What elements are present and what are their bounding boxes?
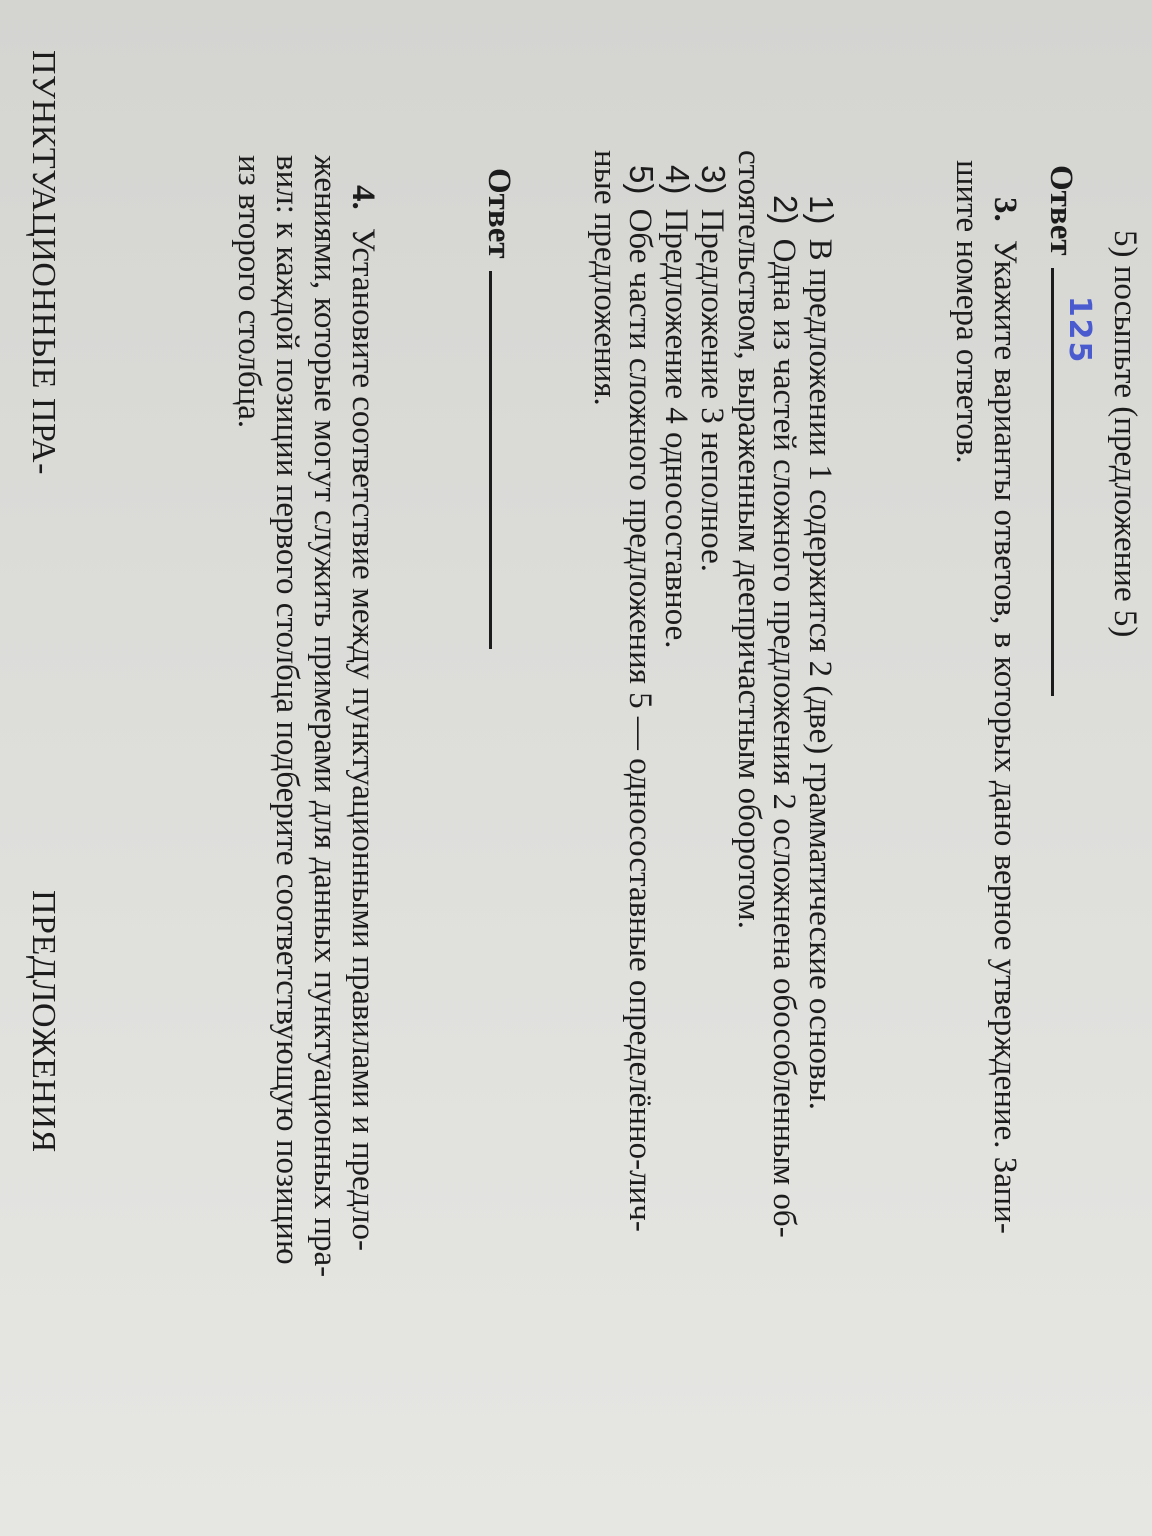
answer-field[interactable] <box>489 271 524 649</box>
task4-number: 4. <box>345 185 381 210</box>
option-text: Предложение 3 неполное. <box>694 209 730 572</box>
column-header-text: ПРЕДЛОЖЕНИЯ <box>25 890 62 1153</box>
task3-prompt-line2: шите номера ответов. <box>948 160 986 464</box>
option-number: 1) <box>803 195 840 224</box>
answer-label: Ответ <box>1043 165 1079 256</box>
prev-task-answer-row: Ответ 125 <box>1042 165 1086 696</box>
answer-field[interactable]: 125 <box>1051 268 1086 696</box>
task3-prompt-text: Укажите варианты ответов, в которых дано… <box>987 240 1023 1234</box>
worksheet-page: 5) посыпьте (предложение 5) Ответ 125 3.… <box>0 0 1152 1536</box>
task4-prompt-line3: вил: к каждой позиции первого столбца по… <box>268 155 306 1265</box>
task3-option-2-cont: стоятельством, выраженным деепричастным … <box>730 150 768 929</box>
task3-number: 3. <box>987 197 1023 222</box>
task4-prompt-line1: 4. Установите соответствие между пунктуа… <box>344 185 382 1251</box>
prev-task-option-5: 5) посыпьте (предложение 5) <box>1106 230 1144 637</box>
column-header-text: ПУНКТУАЦИОННЫЕ ПРА- <box>25 50 62 475</box>
option-text: Обе части сложного предложения 5 — однос… <box>622 209 658 1232</box>
task4-prompt-line4: из второго столбца. <box>230 155 268 428</box>
option-number: 5) <box>623 165 660 194</box>
option-text: Предложение 4 односоставное. <box>658 209 694 649</box>
task3-prompt-line1: 3. Укажите варианты ответов, в которых д… <box>986 197 1024 1234</box>
task3-option-2: 2) Одна из частей сложного предложения 2… <box>765 195 804 1238</box>
option-number: 2) <box>767 195 804 224</box>
task3-answer-row: Ответ <box>480 168 524 649</box>
task4-prompt-line2: жениями, которые могут служить примерами… <box>306 155 344 1277</box>
option-text: ные предложения. <box>587 150 623 406</box>
option-text: Одна из частей сложного предложения 2 ос… <box>766 239 802 1238</box>
option-number: 4) <box>659 165 696 194</box>
option-text: стоятельством, выраженным деепричастным … <box>731 150 767 929</box>
task4-prompt-text: из второго столбца. <box>231 155 267 428</box>
column-header-sentences: ПРЕДЛОЖЕНИЯ <box>24 890 62 1153</box>
task3-option-1: 1) В предложении 1 содержится 2 (две) гр… <box>801 195 840 1110</box>
answer-label: Ответ <box>481 168 517 259</box>
task3-option-5-cont: ные предложения. <box>586 150 624 406</box>
column-header-rules: ПУНКТУАЦИОННЫЕ ПРА- <box>24 50 62 475</box>
task4-prompt-text: жениями, которые могут служить примерами… <box>307 155 343 1277</box>
handwritten-answer: 125 <box>1060 296 1098 365</box>
task3-option-4: 4) Предложение 4 односоставное. <box>657 165 696 649</box>
task3-prompt-text-cont: шите номера ответов. <box>949 160 985 464</box>
option-number: 3) <box>695 165 732 194</box>
task3-option-5: 5) Обе части сложного предложения 5 — од… <box>621 165 660 1232</box>
task3-option-3: 3) Предложение 3 неполное. <box>693 165 732 572</box>
option-text: В предложении 1 содержится 2 (две) грамм… <box>802 239 838 1110</box>
option-text: 5) посыпьте (предложение 5) <box>1107 230 1143 637</box>
task4-prompt-text: вил: к каждой позиции первого столбца по… <box>269 155 305 1265</box>
task4-prompt-text: Установите соответствие между пунктуацио… <box>345 228 381 1251</box>
